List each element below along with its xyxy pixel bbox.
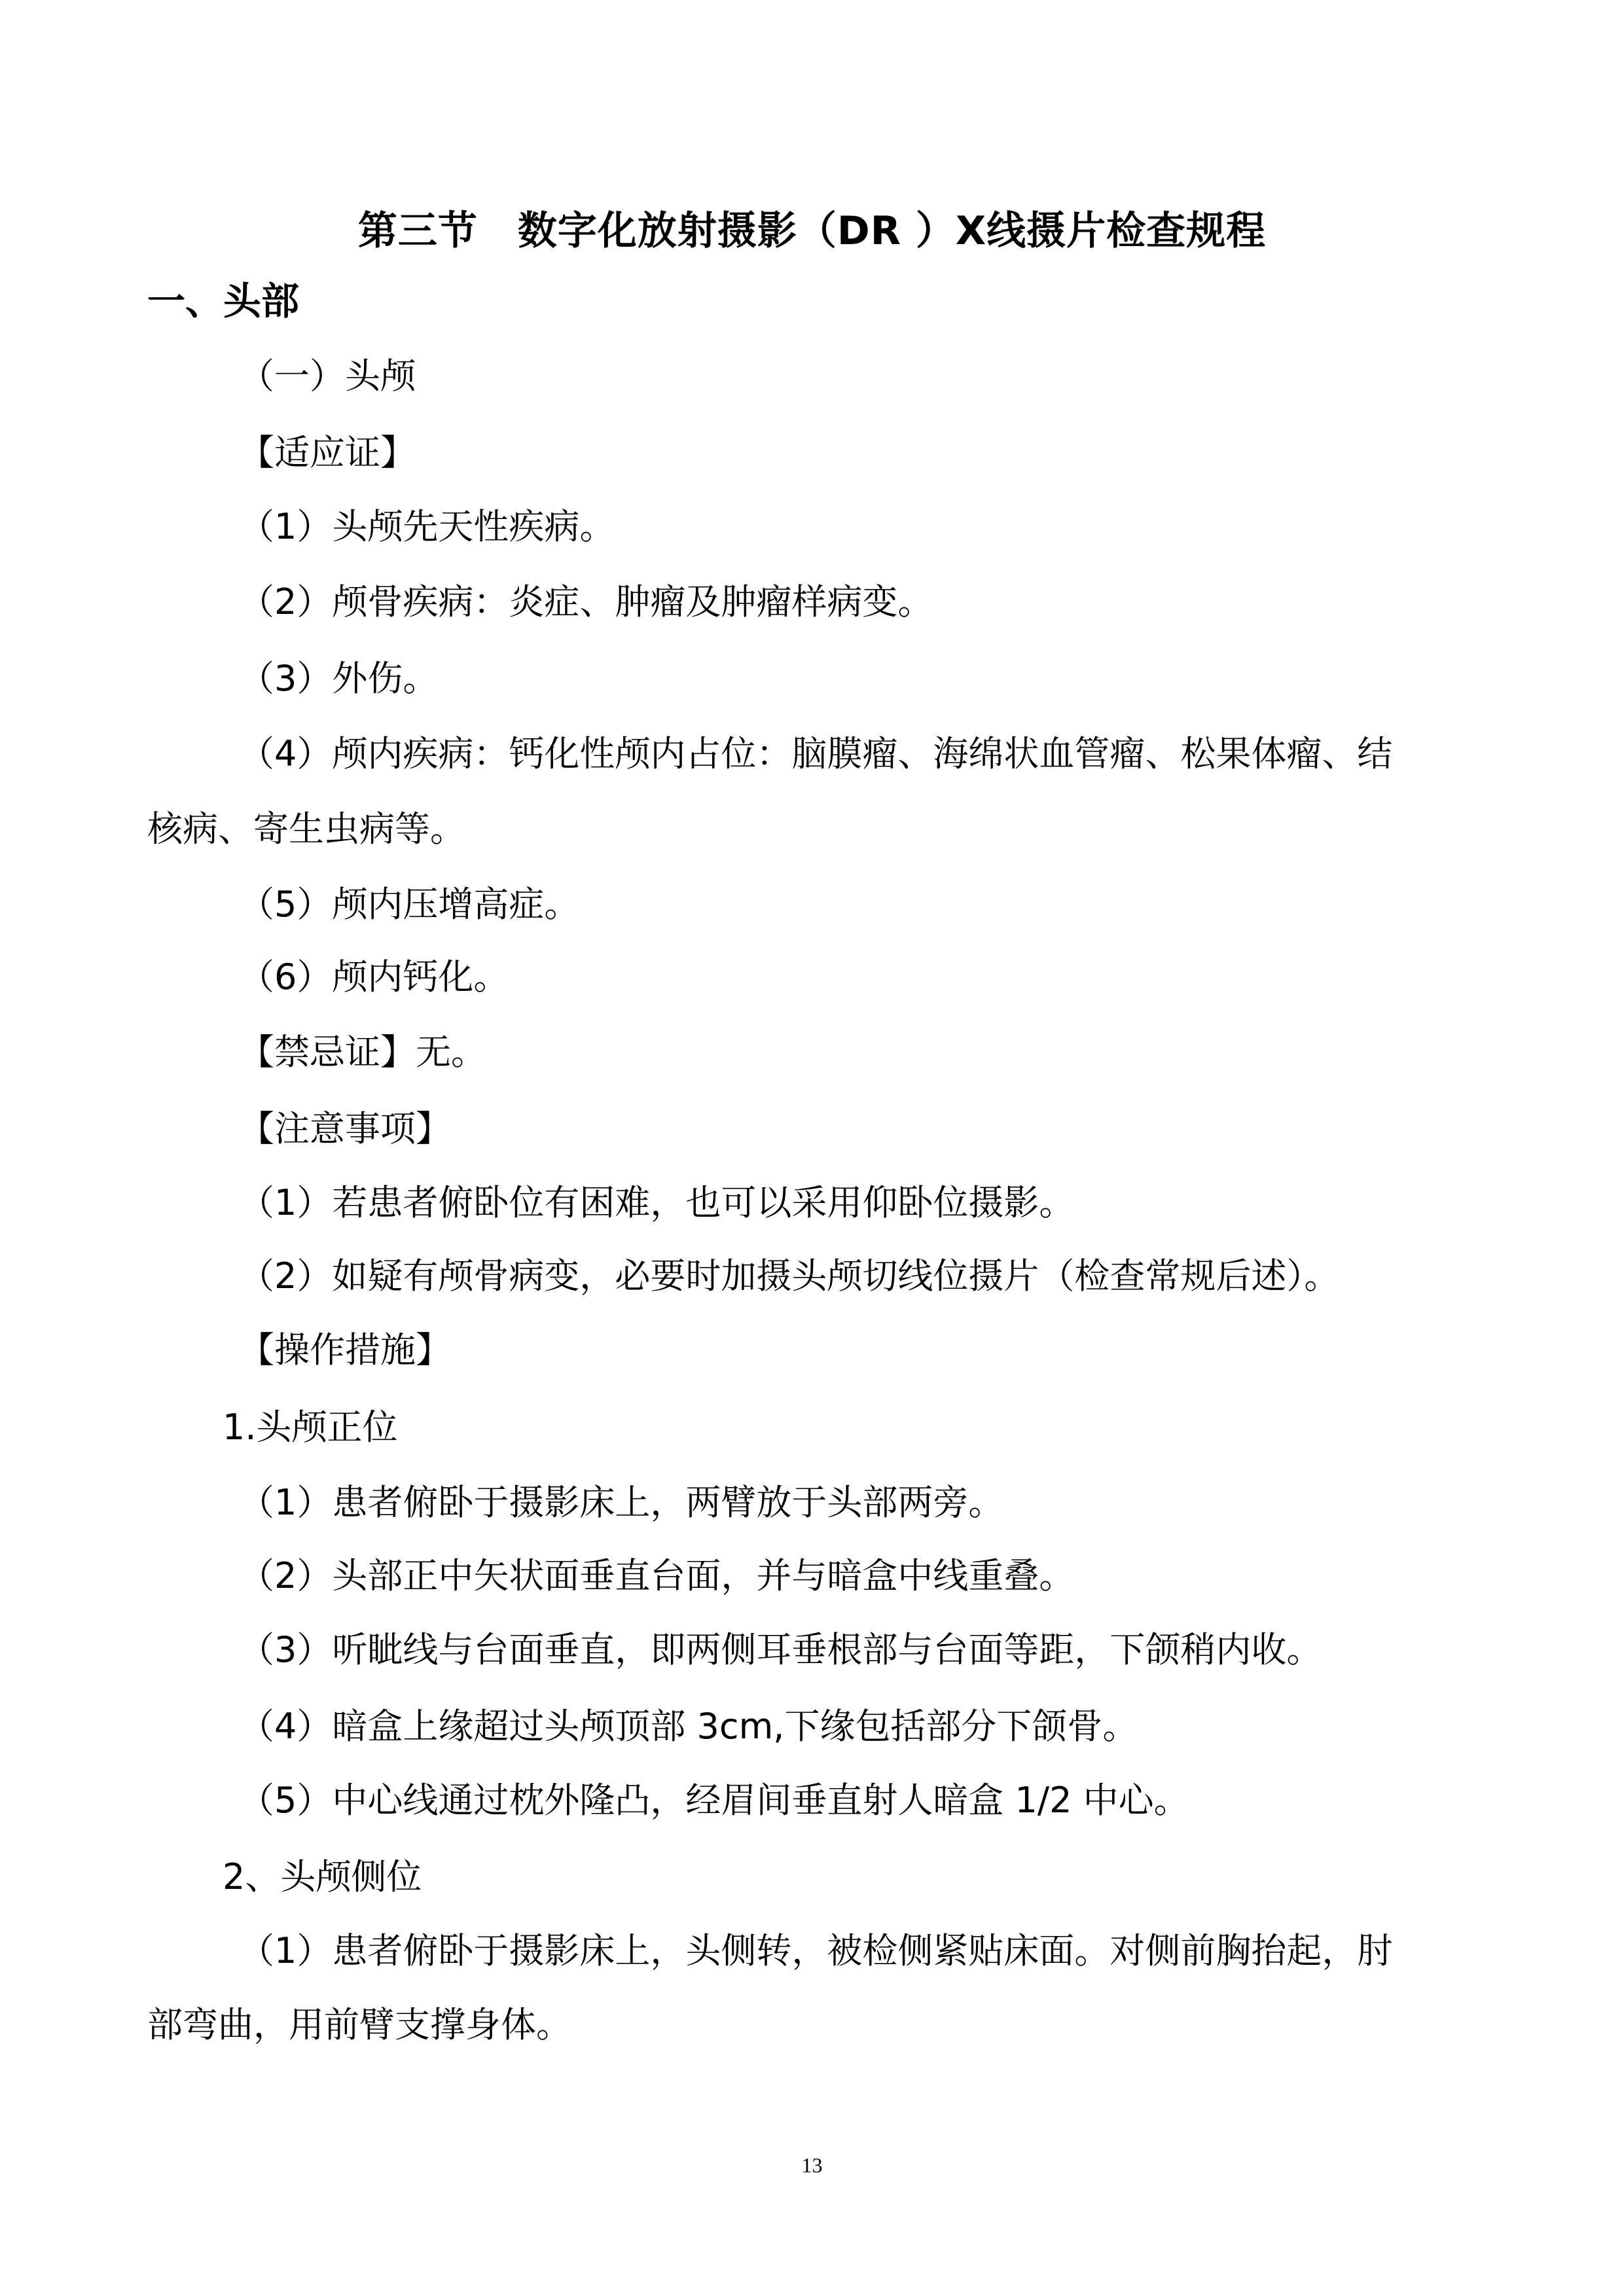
pa-view-step: （3）听眦线与台面垂直，即两侧耳垂根部与台面等距，下颌稍内收。: [239, 1627, 1322, 1673]
page-title: 第三节 数字化放射摄影（DR ）X线摄片检查规程: [0, 200, 1624, 256]
contraindications: 【禁忌证】无。: [239, 1030, 486, 1075]
precautions-label: 【注意事项】: [239, 1106, 451, 1152]
pa-view-step: （4）暗盒上缘超过头颅顶部 3cm,下缘包括部分下颌骨。: [239, 1704, 1138, 1749]
pa-view-step: （5）中心线通过枕外隆凸，经眉间垂直射人暗盒 1/2 中心。: [239, 1778, 1189, 1823]
lateral-view-step-continuation: 部弯曲，用前臂支撑身体。: [147, 2002, 571, 2048]
subsection-heading: （一）头颅: [239, 353, 416, 399]
indication-item-continuation: 核病、寄生虫病等。: [147, 806, 465, 852]
precaution-item: （1）若患者俯卧位有困难，也可以采用仰卧位摄影。: [239, 1180, 1074, 1226]
indication-item: （2）颅骨疾病：炎症、肿瘤及肿瘤样病变。: [239, 579, 933, 625]
indications-label: 【适应证】: [239, 430, 416, 476]
precaution-item: （2）如疑有颅骨病变，必要时加摄头颅切线位摄片（检查常规后述）。: [239, 1253, 1339, 1299]
page-number: 13: [0, 2153, 1624, 2178]
pa-view-step: （2）头部正中矢状面垂直台面，并与暗盒中线重叠。: [239, 1553, 1074, 1599]
document-page: 第三节 数字化放射摄影（DR ）X线摄片检查规程 一、头部 （一）头颅 【适应证…: [0, 0, 1624, 2296]
indication-item: （1）头颅先天性疾病。: [239, 504, 615, 550]
procedures-label: 【操作措施】: [239, 1327, 451, 1373]
lateral-view-heading: 2、头颅侧位: [223, 1854, 422, 1900]
pa-view-heading: 1.头颅正位: [223, 1405, 398, 1450]
section-heading: 一、头部: [147, 278, 299, 324]
indication-item: （6）颅内钙化。: [239, 954, 509, 1000]
indication-item: （3）外伤。: [239, 656, 438, 702]
pa-view-step: （1）患者俯卧于摄影床上，两臂放于头部两旁。: [239, 1480, 1003, 1526]
lateral-view-step: （1）患者俯卧于摄影床上，头侧转，被检侧紧贴床面。对侧前胸抬起，肘: [239, 1928, 1392, 1974]
indication-item: （5）颅内压增高症。: [239, 882, 579, 927]
indication-item: （4）颅内疾病：钙化性颅内占位：脑膜瘤、海绵状血管瘤、松果体瘤、结: [239, 731, 1392, 777]
